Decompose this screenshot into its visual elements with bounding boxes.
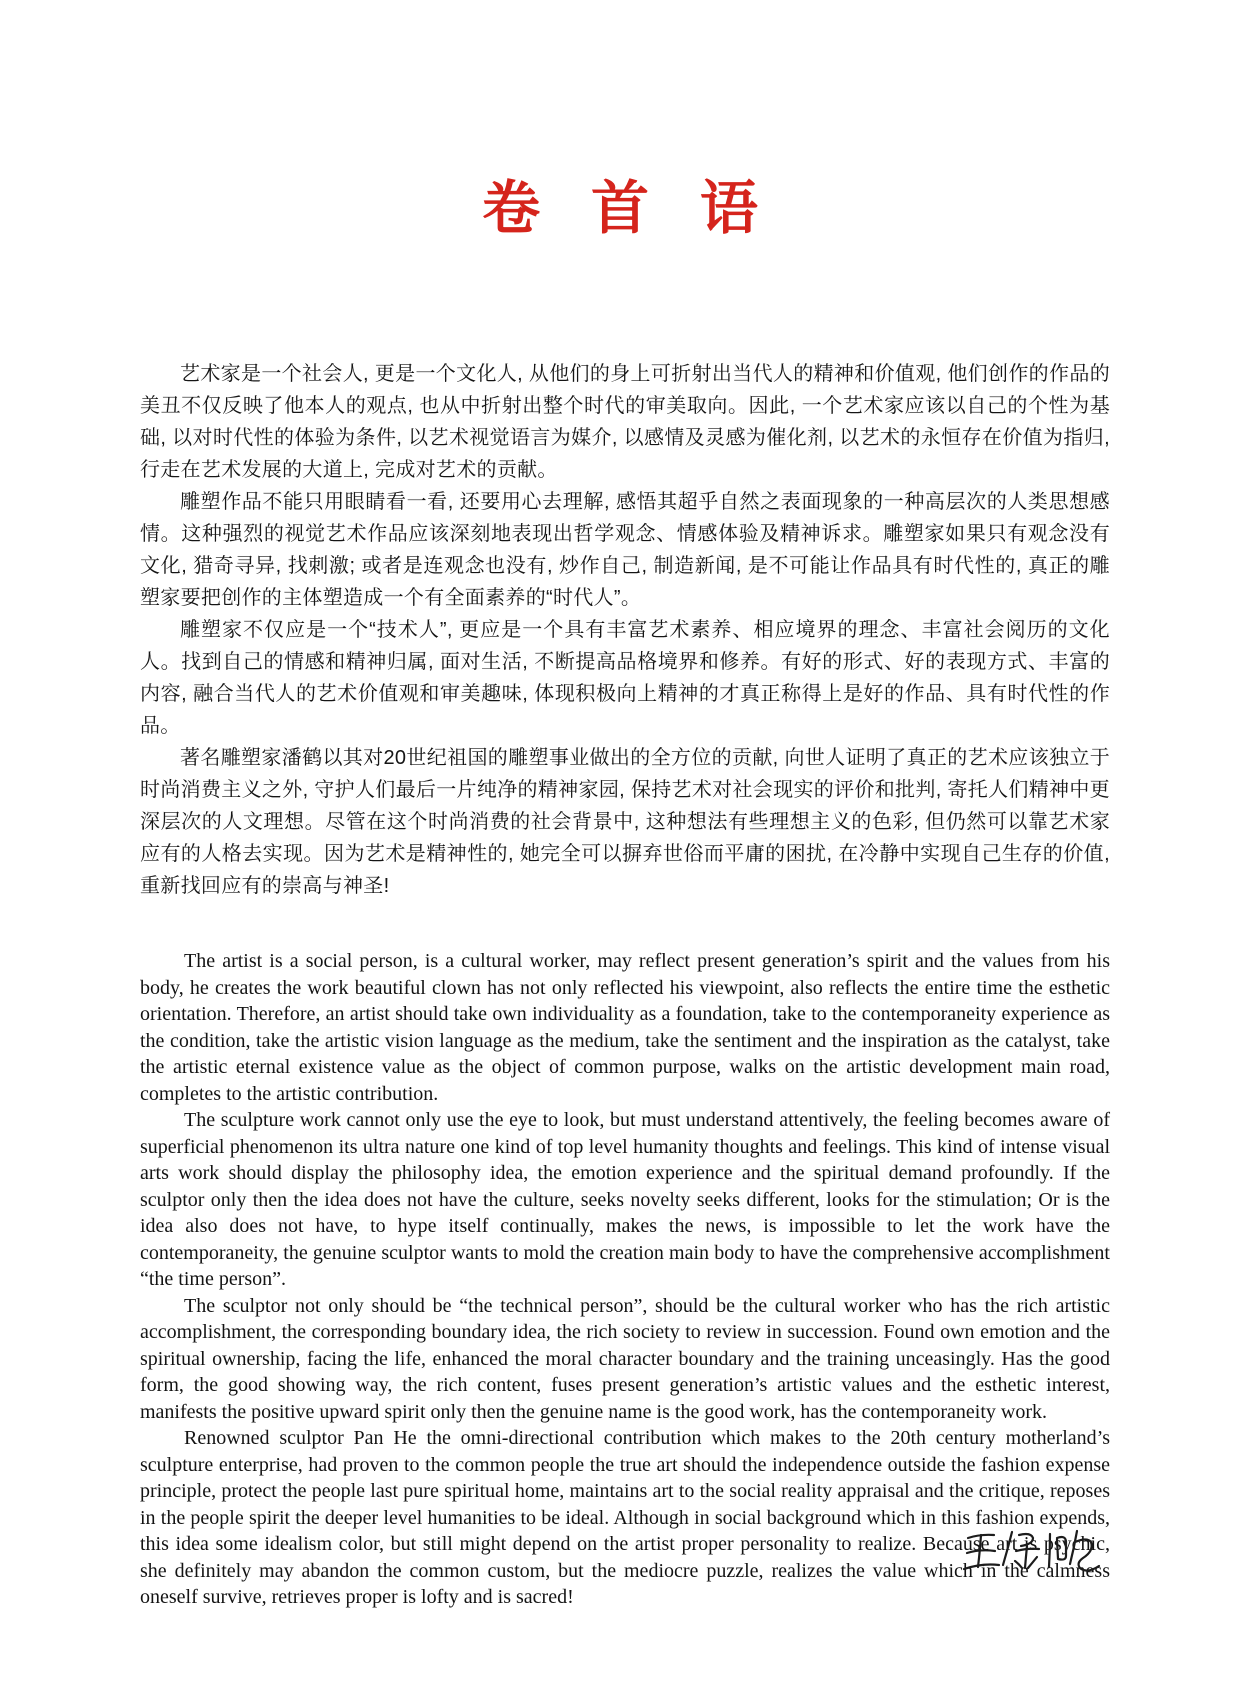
- english-paragraph: The artist is a social person, is a cult…: [140, 948, 1110, 1107]
- english-paragraph: The sculptor not only should be “the tec…: [140, 1293, 1110, 1426]
- page-title: 卷 首 语: [0, 0, 1240, 240]
- author-signature: [958, 1522, 1108, 1592]
- chinese-paragraph: 雕塑作品不能只用眼睛看一看, 还要用心去理解, 感悟其超乎自然之表面现象的一种高…: [140, 486, 1110, 614]
- chinese-paragraph: 著名雕塑家潘鹤以其对20世纪祖国的雕塑事业做出的全方位的贡献, 向世人证明了真正…: [140, 742, 1110, 902]
- english-text-block: The artist is a social person, is a cult…: [140, 948, 1110, 1611]
- chinese-paragraph: 艺术家是一个社会人, 更是一个文化人, 从他们的身上可折射出当代人的精神和价值观…: [140, 358, 1110, 486]
- english-paragraph: The sculpture work cannot only use the e…: [140, 1107, 1110, 1293]
- chinese-paragraph: 雕塑家不仅应是一个“技术人”, 更应是一个具有丰富艺术素养、相应境界的理念、丰富…: [140, 614, 1110, 742]
- foreword-page: 卷 首 语 艺术家是一个社会人, 更是一个文化人, 从他们的身上可折射出当代人的…: [0, 0, 1240, 1683]
- chinese-text-block: 艺术家是一个社会人, 更是一个文化人, 从他们的身上可折射出当代人的精神和价值观…: [140, 358, 1110, 902]
- signature-handwriting-icon: [958, 1522, 1108, 1592]
